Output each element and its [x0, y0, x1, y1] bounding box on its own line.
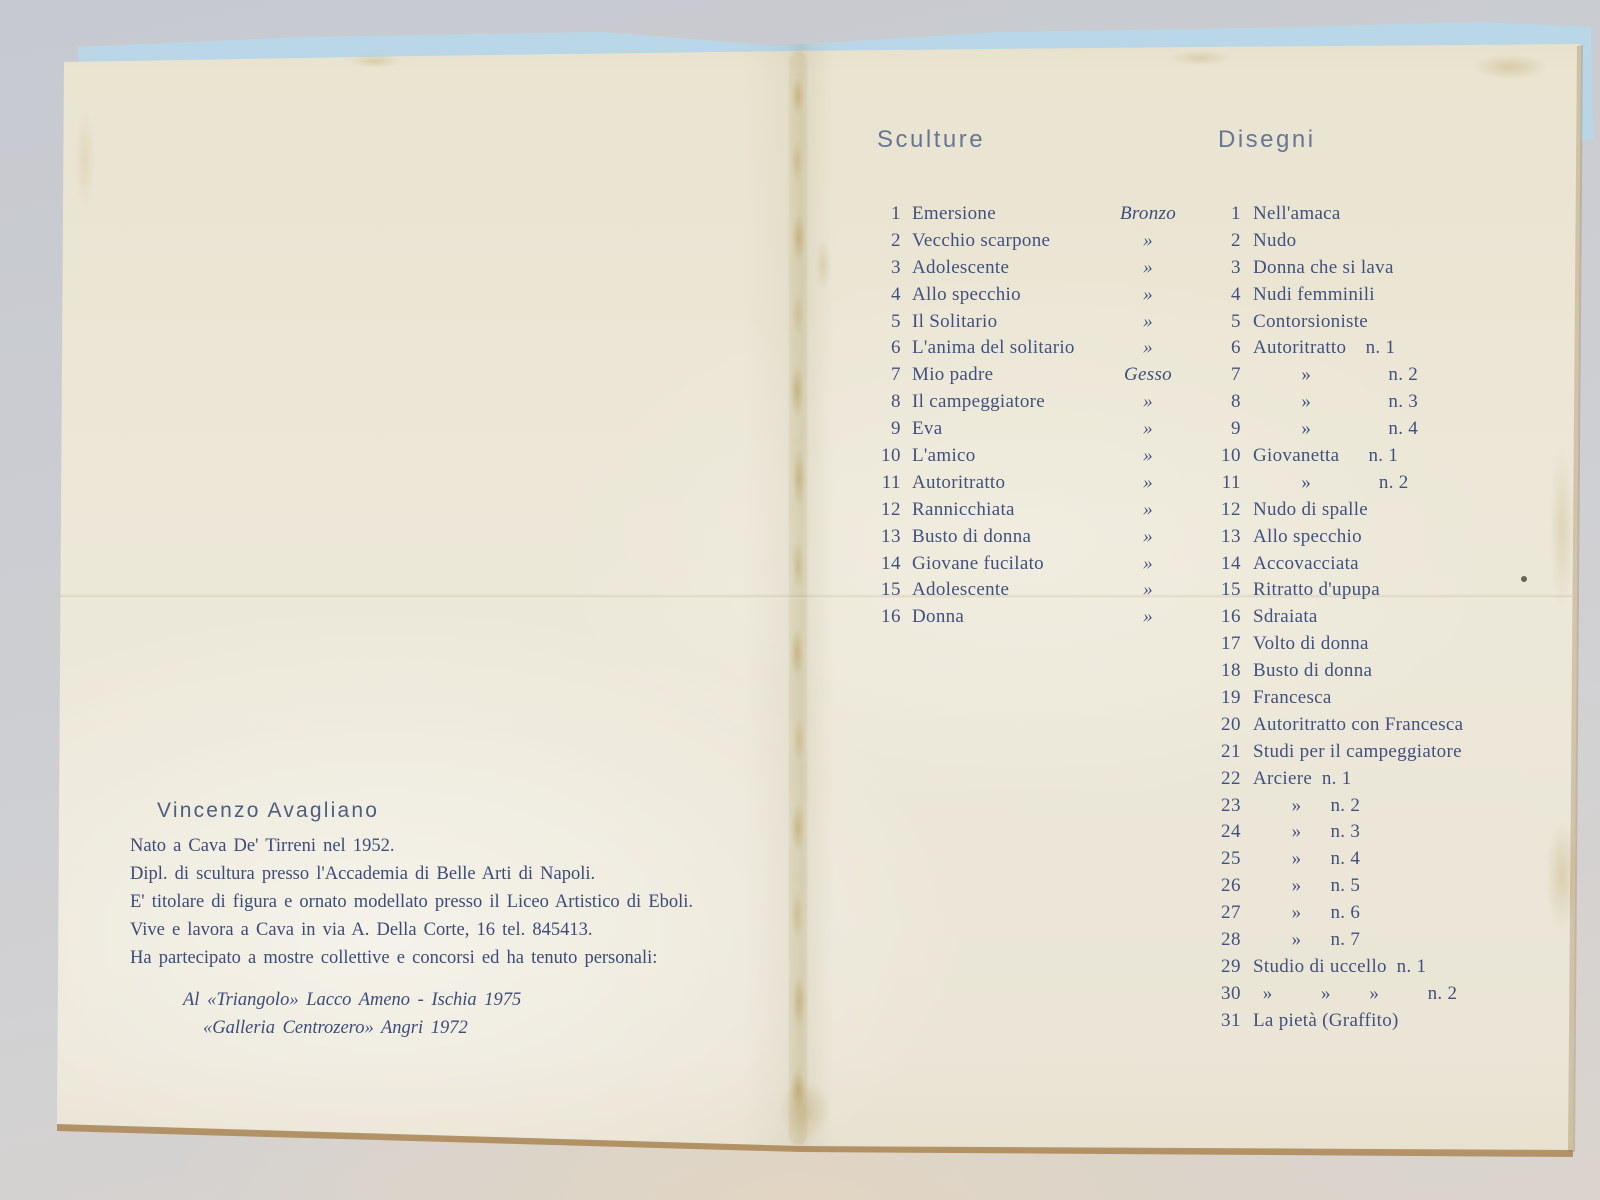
- row-number: 28: [1196, 929, 1241, 951]
- row-number: 8: [856, 391, 901, 413]
- row-title: Autoritratto: [912, 472, 1005, 494]
- row-number: 8: [1196, 391, 1241, 413]
- row-number: 23: [1196, 795, 1241, 817]
- row-material: »: [1106, 391, 1190, 413]
- row-number: 29: [1196, 956, 1241, 978]
- row-material: »: [1106, 257, 1190, 279]
- sculpture-list-row: 15 Adolescente »: [856, 579, 1216, 606]
- row-title: Vecchio scarpone: [912, 230, 1050, 252]
- drawing-list-row: 15 Ritratto d'upupa: [1196, 579, 1576, 606]
- artist-bio: Nato a Cava De' Tirreni nel 1952. Dipl. …: [130, 836, 693, 976]
- disegni-list: 1 Nell'amaca 2 Nudo 3 Donna che si lava …: [1196, 203, 1576, 1037]
- row-title: » n. 4: [1253, 418, 1418, 440]
- drawing-list-row: 16 Sdraiata: [1196, 606, 1576, 633]
- row-title: Arciere n. 1: [1253, 768, 1352, 790]
- drawing-list-row: 12 Nudo di spalle: [1196, 499, 1576, 526]
- drawing-list-row: 10 Giovanetta n. 1: [1196, 445, 1576, 472]
- sculpture-list-row: 4 Allo specchio »: [856, 284, 1216, 311]
- drawing-list-row: 6 Autoritratto n. 1: [1196, 337, 1576, 364]
- row-title: » n. 6: [1253, 902, 1360, 924]
- row-title: Donna: [912, 606, 964, 628]
- sculpture-list-row: 6 L'anima del solitario »: [856, 337, 1216, 364]
- row-number: 27: [1196, 902, 1241, 924]
- row-number: 9: [1196, 418, 1241, 440]
- row-title: Allo specchio: [1253, 526, 1362, 548]
- exhibition-line: «Galleria Centrozero» Angri 1972: [203, 1018, 468, 1039]
- row-material: »: [1106, 337, 1190, 359]
- drawing-list-row: 17 Volto di donna: [1196, 633, 1576, 660]
- row-number: 3: [856, 257, 901, 279]
- sculpture-list-row: 9 Eva »: [856, 418, 1216, 445]
- sculpture-list-row: 5 Il Solitario »: [856, 311, 1216, 338]
- row-number: 4: [856, 284, 901, 306]
- drawing-list-row: 22 Arciere n. 1: [1196, 768, 1576, 795]
- row-title: Rannicchiata: [912, 499, 1015, 521]
- row-material: »: [1106, 526, 1190, 548]
- row-number: 11: [1196, 472, 1241, 494]
- drawing-list-row: 4 Nudi femminili: [1196, 284, 1576, 311]
- drawing-list-row: 27 » n. 6: [1196, 902, 1576, 929]
- row-material: »: [1106, 553, 1190, 575]
- photographed-catalog-scene: Vincenzo Avagliano Nato a Cava De' Tirre…: [0, 0, 1600, 1200]
- row-material: »: [1106, 284, 1190, 306]
- row-number: 5: [1196, 311, 1241, 333]
- row-material: »: [1106, 499, 1190, 521]
- sculpture-list-row: 3 Adolescente »: [856, 257, 1216, 284]
- drawing-list-row: 11 » n. 2: [1196, 472, 1576, 499]
- artist-name: Vincenzo Avagliano: [157, 799, 379, 823]
- row-number: 7: [856, 364, 901, 386]
- row-title: Eva: [912, 418, 942, 440]
- row-number: 31: [1196, 1010, 1241, 1032]
- row-title: Giovane fucilato: [912, 553, 1044, 575]
- bio-line: E' titolare di figura e ornato modellato…: [130, 892, 693, 920]
- row-title: » n. 4: [1253, 848, 1360, 870]
- row-material: »: [1106, 230, 1190, 252]
- row-number: 12: [1196, 499, 1241, 521]
- row-number: 9: [856, 418, 901, 440]
- row-title: Busto di donna: [1253, 660, 1372, 682]
- row-number: 24: [1196, 821, 1241, 843]
- row-number: 22: [1196, 768, 1241, 790]
- row-material: »: [1106, 472, 1190, 494]
- row-title: Studi per il campeggiatore: [1253, 741, 1462, 763]
- row-number: 6: [1196, 337, 1241, 359]
- row-number: 1: [1196, 203, 1241, 225]
- row-number: 16: [1196, 606, 1241, 628]
- row-number: 10: [856, 445, 901, 467]
- disegni-heading: Disegni: [1218, 126, 1316, 154]
- row-title: L'anima del solitario: [912, 337, 1075, 359]
- sculpture-list-row: 2 Vecchio scarpone »: [856, 230, 1216, 257]
- row-material: »: [1106, 311, 1190, 333]
- row-material: Gesso: [1106, 364, 1190, 386]
- row-title: Il campeggiatore: [912, 391, 1045, 413]
- row-title: Nudo di spalle: [1253, 499, 1368, 521]
- drawing-list-row: 23 » n. 2: [1196, 795, 1576, 822]
- row-number: 14: [856, 553, 901, 575]
- row-number: 13: [856, 526, 901, 548]
- bio-line: Vive e lavora a Cava in via A. Della Cor…: [130, 920, 693, 948]
- exhibition-line: Al «Triangolo» Lacco Ameno - Ischia 1975: [183, 990, 521, 1011]
- row-title: Emersione: [912, 203, 996, 225]
- row-number: 1: [856, 203, 901, 225]
- drawing-list-row: 2 Nudo: [1196, 230, 1576, 257]
- sculture-list: 1 Emersione Bronzo 2 Vecchio scarpone » …: [856, 203, 1216, 633]
- row-title: Accovacciata: [1253, 553, 1359, 575]
- row-title: » n. 5: [1253, 875, 1360, 897]
- row-number: 18: [1196, 660, 1241, 682]
- sculpture-list-row: 8 Il campeggiatore »: [856, 391, 1216, 418]
- row-title: Giovanetta n. 1: [1253, 445, 1398, 467]
- drawing-list-row: 8 » n. 3: [1196, 391, 1576, 418]
- row-title: Sdraiata: [1253, 606, 1318, 628]
- row-number: 3: [1196, 257, 1241, 279]
- row-title: Francesca: [1253, 687, 1332, 709]
- row-title: Donna che si lava: [1253, 257, 1394, 279]
- row-title: Nudo: [1253, 230, 1296, 252]
- row-material: »: [1106, 418, 1190, 440]
- row-number: 16: [856, 606, 901, 628]
- row-number: 21: [1196, 741, 1241, 763]
- row-title: Ritratto d'upupa: [1253, 579, 1380, 601]
- row-number: 30: [1196, 983, 1241, 1005]
- row-material: Bronzo: [1106, 203, 1190, 225]
- row-title: Studio di uccello n. 1: [1253, 956, 1426, 978]
- row-title: Nudi femminili: [1253, 284, 1375, 306]
- drawing-list-row: 19 Francesca: [1196, 687, 1576, 714]
- row-title: La pietà (Graffito): [1253, 1010, 1399, 1032]
- drawing-list-row: 1 Nell'amaca: [1196, 203, 1576, 230]
- drawing-list-row: 5 Contorsioniste: [1196, 311, 1576, 338]
- drawing-list-row: 30 » » » n. 2: [1196, 983, 1576, 1010]
- row-title: Allo specchio: [912, 284, 1021, 306]
- row-number: 20: [1196, 714, 1241, 736]
- sculpture-list-row: 1 Emersione Bronzo: [856, 203, 1216, 230]
- row-title: » n. 3: [1253, 821, 1360, 843]
- row-number: 10: [1196, 445, 1241, 467]
- drawing-list-row: 21 Studi per il campeggiatore: [1196, 741, 1576, 768]
- row-number: 12: [856, 499, 901, 521]
- drawing-list-row: 7 » n. 2: [1196, 364, 1576, 391]
- row-number: 6: [856, 337, 901, 359]
- row-number: 11: [856, 472, 901, 494]
- bio-line: Dipl. di scultura presso l'Accademia di …: [130, 864, 693, 892]
- row-number: 4: [1196, 284, 1241, 306]
- drawing-list-row: 28 » n. 7: [1196, 929, 1576, 956]
- row-number: 14: [1196, 553, 1241, 575]
- row-number: 7: [1196, 364, 1241, 386]
- row-number: 2: [1196, 230, 1241, 252]
- row-title: Adolescente: [912, 257, 1009, 279]
- row-title: Autoritratto con Francesca: [1253, 714, 1463, 736]
- sculpture-list-row: 14 Giovane fucilato »: [856, 553, 1216, 580]
- row-material: »: [1106, 579, 1190, 601]
- row-number: 26: [1196, 875, 1241, 897]
- drawing-list-row: 25 » n. 4: [1196, 848, 1576, 875]
- row-number: 2: [856, 230, 901, 252]
- drawing-list-row: 14 Accovacciata: [1196, 553, 1576, 580]
- row-title: » n. 2: [1253, 364, 1418, 386]
- drawing-list-row: 20 Autoritratto con Francesca: [1196, 714, 1576, 741]
- drawing-list-row: 29 Studio di uccello n. 1: [1196, 956, 1576, 983]
- row-number: 13: [1196, 526, 1241, 548]
- row-number: 19: [1196, 687, 1241, 709]
- row-title: Nell'amaca: [1253, 203, 1341, 225]
- row-title: Volto di donna: [1253, 633, 1369, 655]
- row-number: 25: [1196, 848, 1241, 870]
- row-title: » » » n. 2: [1253, 983, 1457, 1005]
- row-title: Busto di donna: [912, 526, 1031, 548]
- row-title: » n. 2: [1253, 472, 1409, 494]
- row-title: Contorsioniste: [1253, 311, 1368, 333]
- row-title: » n. 3: [1253, 391, 1418, 413]
- drawing-list-row: 3 Donna che si lava: [1196, 257, 1576, 284]
- row-title: Mio padre: [912, 364, 993, 386]
- drawing-list-row: 9 » n. 4: [1196, 418, 1576, 445]
- row-title: Adolescente: [912, 579, 1009, 601]
- row-title: » n. 7: [1253, 929, 1360, 951]
- drawing-list-row: 13 Allo specchio: [1196, 526, 1576, 553]
- sculpture-list-row: 7 Mio padre Gesso: [856, 364, 1216, 391]
- row-title: L'amico: [912, 445, 976, 467]
- drawing-list-row: 18 Busto di donna: [1196, 660, 1576, 687]
- row-title: Il Solitario: [912, 311, 997, 333]
- row-number: 15: [1196, 579, 1241, 601]
- sculture-heading: Sculture: [877, 126, 985, 154]
- sculpture-list-row: 12 Rannicchiata »: [856, 499, 1216, 526]
- row-title: Autoritratto n. 1: [1253, 337, 1395, 359]
- drawing-list-row: 24 » n. 3: [1196, 821, 1576, 848]
- row-number: 5: [856, 311, 901, 333]
- row-number: 15: [856, 579, 901, 601]
- row-title: » n. 2: [1253, 795, 1360, 817]
- bio-line: Nato a Cava De' Tirreni nel 1952.: [130, 836, 693, 864]
- sculpture-list-row: 11 Autoritratto »: [856, 472, 1216, 499]
- sculpture-list-row: 13 Busto di donna »: [856, 526, 1216, 553]
- drawing-list-row: 31 La pietà (Graffito): [1196, 1010, 1576, 1037]
- row-number: 17: [1196, 633, 1241, 655]
- row-material: »: [1106, 606, 1190, 628]
- sculpture-list-row: 16 Donna »: [856, 606, 1216, 633]
- drawing-list-row: 26 » n. 5: [1196, 875, 1576, 902]
- bio-line: Ha partecipato a mostre collettive e con…: [130, 948, 693, 976]
- row-material: »: [1106, 445, 1190, 467]
- sculpture-list-row: 10 L'amico »: [856, 445, 1216, 472]
